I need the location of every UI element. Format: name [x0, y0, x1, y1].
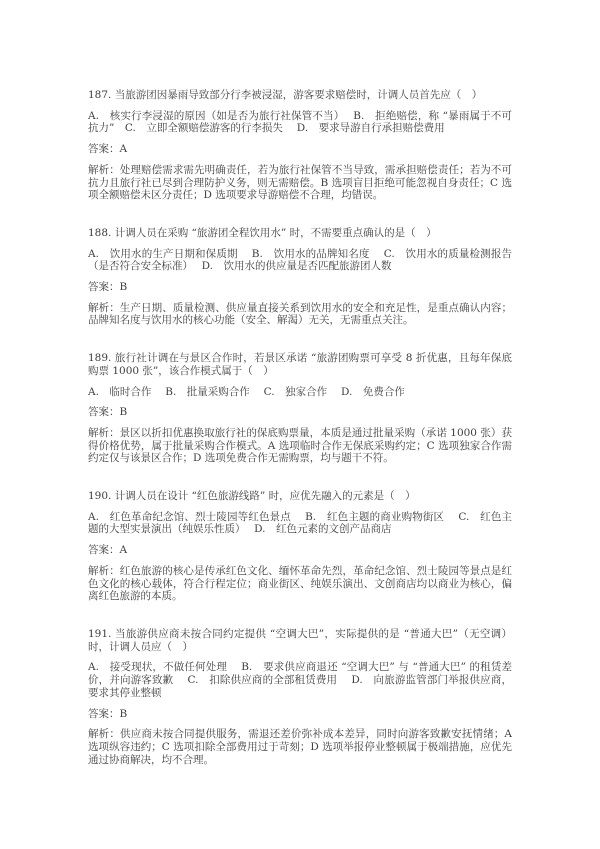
analysis-text: 解析：景区以折扣优惠换取旅行社的保底购票量，本质是通过批量采购（承诺 1000 …: [88, 427, 512, 465]
question-block-187: 187. 当旅游团因暴雨导致部分行李被浸湿，游客要求赔偿时，计调人员首先应（ ）…: [88, 89, 512, 202]
question-block-191: 191. 当旅游供应商未按合同约定提供 “空调大巴”，实际提供的是 “普通大巴”…: [88, 628, 512, 766]
question-stem: 188. 计调人员在采购 “旅游团全程饮用水” 时，不需要重点确认的是（ ）: [88, 227, 512, 240]
document-page: 187. 当旅游团因暴雨导致部分行李被浸湿，游客要求赔偿时，计调人员首先应（ ）…: [0, 0, 600, 849]
answer-line: 答案：A: [88, 143, 512, 156]
question-stem: 190. 计调人员在设计 “红色旅游线路” 时，应优先融入的元素是（ ）: [88, 490, 512, 503]
question-stem: 187. 当旅游团因暴雨导致部分行李被浸湿，游客要求赔偿时，计调人员首先应（ ）: [88, 89, 512, 102]
answer-line: 答案：B: [88, 708, 512, 721]
answer-line: 答案：B: [88, 281, 512, 294]
answer-line: 答案：B: [88, 406, 512, 419]
question-options: A. 红色革命纪念馆、烈士陵园等红色景点 B. 红色主题的商业购物街区 C. 红…: [88, 511, 512, 536]
question-options: A. 饮用水的生产日期和保质期 B. 饮用水的品牌知名度 C. 饮用水的质量检测…: [88, 248, 512, 273]
question-block-189: 189. 旅行社计调在与景区合作时，若景区承诺 “旅游团购票可享受 8 折优惠，…: [88, 352, 512, 465]
analysis-text: 解析：红色旅游的核心是传承红色文化、缅怀革命先烈，革命纪念馆、烈士陵园等景点是红…: [88, 565, 512, 603]
question-stem: 189. 旅行社计调在与景区合作时，若景区承诺 “旅游团购票可享受 8 折优惠，…: [88, 352, 512, 377]
question-options: A. 接受现状，不做任何处理 B. 要求供应商退还 “空调大巴” 与 “普通大巴…: [88, 661, 512, 699]
question-block-188: 188. 计调人员在采购 “旅游团全程饮用水” 时，不需要重点确认的是（ ） A…: [88, 227, 512, 327]
question-stem: 191. 当旅游供应商未按合同约定提供 “空调大巴”，实际提供的是 “普通大巴”…: [88, 628, 512, 653]
analysis-text: 解析：供应商未按合同提供服务，需退还差价弥补成本差异，同时向游客致歉安抚情绪；A…: [88, 728, 512, 766]
question-options: A. 临时合作 B. 批量采购合作 C. 独家合作 D. 免费合作: [88, 386, 512, 399]
answer-line: 答案：A: [88, 544, 512, 557]
analysis-text: 解析：处理赔偿需求需先明确责任，若为旅行社保管不当导致，需承担赔偿责任；若为不可…: [88, 164, 512, 202]
question-block-190: 190. 计调人员在设计 “红色旅游线路” 时，应优先融入的元素是（ ） A. …: [88, 490, 512, 603]
question-options: A. 核实行李浸湿的原因（如是否为旅行社保管不当） B. 拒绝赔偿，称 “暴雨属…: [88, 110, 512, 135]
analysis-text: 解析：生产日期、质量检测、供应量直接关系到饮用水的安全和充足性，是重点确认内容；…: [88, 302, 512, 327]
